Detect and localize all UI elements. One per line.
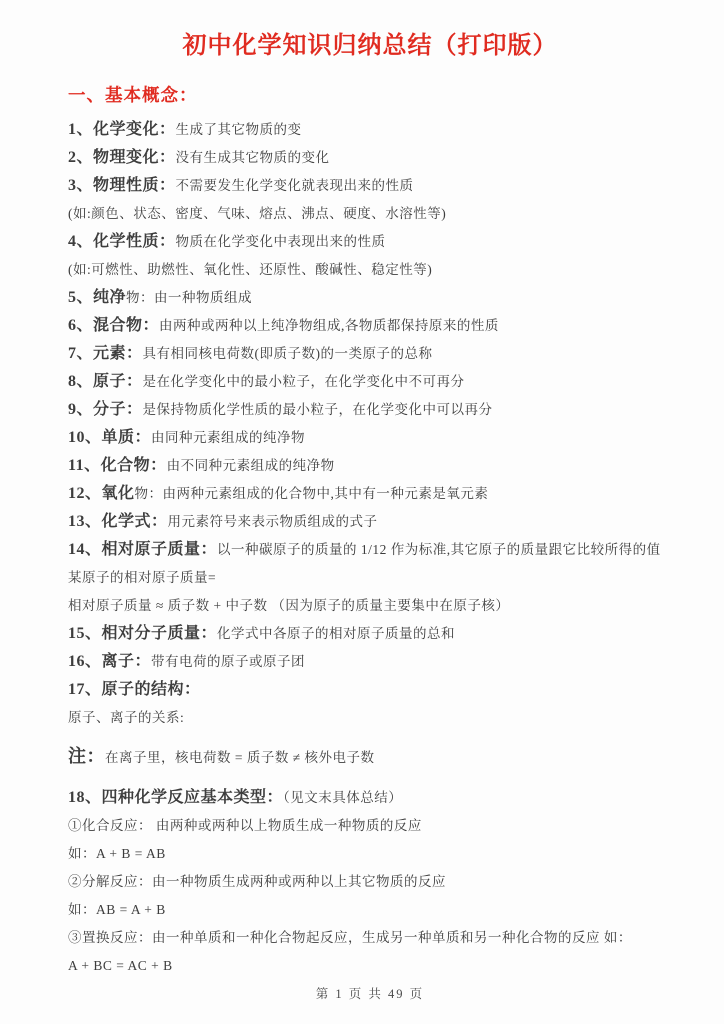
text-line: 原子、离子的关系: [68,704,672,732]
document-page: 初中化学知识归纳总结（打印版） 一、基本概念： 1、化学变化：生成了其它物质的变… [0,0,724,1024]
term-text: 如：AB = A + B [68,902,166,917]
term-text: 具有相同核电荷数(即质子数)的一类原子的总称 [143,346,433,361]
text-line: 注：在离子里，核电荷数 = 质子数 ≠ 核外电子数 [68,742,672,772]
term-text: 某原子的相对原子质量= [68,570,216,585]
term-label: 11、化合物： [68,457,167,474]
text-line: 1、化学变化：生成了其它物质的变 [68,116,672,144]
text-line: 16、离子：带有电荷的原子或原子团 [68,648,672,676]
text-line: 相对原子质量 ≈ 质子数 + 中子数 （因为原子的质量主要集中在原子核） [68,592,672,620]
term-text: 物：由两种元素组成的化合物中,其中有一种元素是氧元素 [135,486,489,501]
term-text: 以一种碳原子的质量的 1/12 作为标准,其它原子的质量跟它比较所得的值 [217,542,661,557]
term-text: 是保持物质化学性质的最小粒子，在化学变化中可以再分 [143,402,493,417]
term-text: 如：A + B = AB [68,846,166,861]
term-text: 在离子里，核电荷数 = 质子数 ≠ 核外电子数 [105,750,375,765]
text-line: 某原子的相对原子质量= [68,564,672,592]
term-label: 15、相对分子质量： [68,625,217,642]
term-text: 是在化学变化中的最小粒子，在化学变化中不可再分 [143,374,465,389]
text-line: 11、化合物：由不同种元素组成的纯净物 [68,452,672,480]
term-label: 5、纯净 [68,289,126,306]
text-line: 18、四种化学反应基本类型：（见文末具体总结） [68,784,672,812]
text-line: 8、原子：是在化学变化中的最小粒子，在化学变化中不可再分 [68,368,672,396]
text-line: 如：AB = A + B [68,896,672,924]
term-text: ②分解反应：由一种物质生成两种或两种以上其它物质的反应 [68,874,446,889]
term-text: A + BC = AC + B [68,958,173,973]
term-label: 7、元素： [68,345,143,362]
term-label: 17、原子的结构： [68,681,201,698]
text-line: 17、原子的结构： [68,676,672,704]
text-line: 5、纯净物：由一种物质组成 [68,284,672,312]
term-label: 4、化学性质： [68,233,176,250]
term-text: 物：由一种物质组成 [126,290,252,305]
term-text: 没有生成其它物质的变化 [176,150,330,165]
text-line: 14、相对原子质量：以一种碳原子的质量的 1/12 作为标准,其它原子的质量跟它… [68,536,672,564]
term-label: 6、混合物： [68,317,159,334]
term-text: (如:颜色、状态、密度、气味、熔点、沸点、硬度、水溶性等) [68,206,446,221]
text-line: ②分解反应：由一种物质生成两种或两种以上其它物质的反应 [68,868,672,896]
text-line: 15、相对分子质量：化学式中各原子的相对原子质量的总和 [68,620,672,648]
term-label: 10、单质： [68,429,151,446]
term-text: 用元素符号来表示物质组成的式子 [168,514,378,529]
term-text: 物质在化学变化中表现出来的性质 [176,234,386,249]
text-line: 如：A + B = AB [68,840,672,868]
term-label: 8、原子： [68,373,143,390]
term-text: 由两种或两种以上纯净物组成,各物质都保持原来的性质 [159,318,499,333]
term-label: 1、化学变化： [68,121,176,138]
term-label: 18、四种化学反应基本类型： [68,789,283,806]
text-line: (如:可燃性、助燃性、氧化性、还原性、酸碱性、稳定性等) [68,256,672,284]
term-label: 注： [68,746,105,766]
term-text: （见文末具体总结） [283,790,402,805]
term-text: 由同种元素组成的纯净物 [151,430,305,445]
term-text: (如:可燃性、助燃性、氧化性、还原性、酸碱性、稳定性等) [68,262,432,277]
text-line: 12、氧化物：由两种元素组成的化合物中,其中有一种元素是氧元素 [68,480,672,508]
text-line: 10、单质：由同种元素组成的纯净物 [68,424,672,452]
text-line: ①化合反应： 由两种或两种以上物质生成一种物质的反应 [68,812,672,840]
text-line: A + BC = AC + B [68,952,672,980]
text-line: (如:颜色、状态、密度、气味、熔点、沸点、硬度、水溶性等) [68,200,672,228]
term-label: 12、氧化 [68,485,135,502]
document-title: 初中化学知识归纳总结（打印版） [68,30,672,62]
term-text: 原子、离子的关系: [68,710,184,725]
text-line: 7、元素：具有相同核电荷数(即质子数)的一类原子的总称 [68,340,672,368]
text-line: 9、分子：是保持物质化学性质的最小粒子，在化学变化中可以再分 [68,396,672,424]
term-label: 14、相对原子质量： [68,541,217,558]
text-line: ③置换反应：由一种单质和一种化合物起反应，生成另一种单质和另一种化合物的反应 如… [68,924,672,952]
term-text: ①化合反应： 由两种或两种以上物质生成一种物质的反应 [68,818,422,833]
term-label: 3、物理性质： [68,177,176,194]
text-line: 13、化学式：用元素符号来表示物质组成的式子 [68,508,672,536]
term-text: 不需要发生化学变化就表现出来的性质 [176,178,414,193]
term-text: 化学式中各原子的相对原子质量的总和 [217,626,455,641]
page-footer: 第 1 页 共 49 页 [68,984,672,1004]
term-label: 13、化学式： [68,513,168,530]
term-text: 相对原子质量 ≈ 质子数 + 中子数 （因为原子的质量主要集中在原子核） [68,598,509,613]
section-heading: 一、基本概念： [68,82,672,108]
document-body: 1、化学变化：生成了其它物质的变2、物理变化：没有生成其它物质的变化3、物理性质… [68,116,672,980]
text-line: 6、混合物：由两种或两种以上纯净物组成,各物质都保持原来的性质 [68,312,672,340]
text-line: 2、物理变化：没有生成其它物质的变化 [68,144,672,172]
term-text: 由不同种元素组成的纯净物 [167,458,335,473]
text-line: 4、化学性质：物质在化学变化中表现出来的性质 [68,228,672,256]
term-label: 2、物理变化： [68,149,176,166]
text-line: 3、物理性质：不需要发生化学变化就表现出来的性质 [68,172,672,200]
term-text: 生成了其它物质的变 [176,122,302,137]
term-text: 带有电荷的原子或原子团 [151,654,305,669]
term-text: ③置换反应：由一种单质和一种化合物起反应，生成另一种单质和另一种化合物的反应 如… [68,930,632,945]
term-label: 16、离子： [68,653,151,670]
term-label: 9、分子： [68,401,143,418]
